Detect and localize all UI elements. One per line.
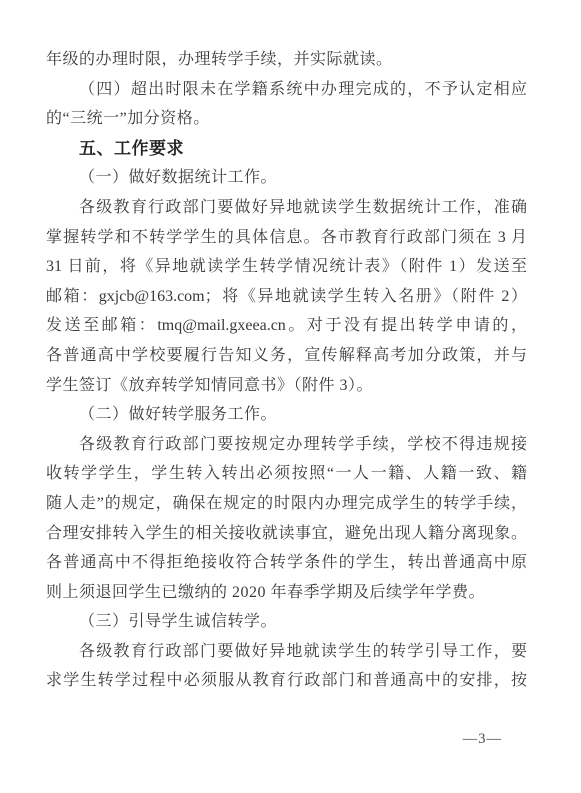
body-line: 学生签订《放弃转学知情同意书》（附件 3）。	[46, 371, 527, 401]
body-line: 掌握转学和不转学学生的具体信息。各市教育行政部门须在 3 月	[46, 223, 527, 253]
body-line: 各级教育行政部门要做好异地就读学生数据统计工作，准确	[46, 193, 527, 223]
body-line: 随人走”的规定，确保在规定的时限内办理完成学生的转学手续，	[46, 489, 527, 519]
page-number: —3—	[463, 731, 502, 748]
body-line: 合理安排转入学生的相关接收就读事宜，避免出现人籍分离现象。	[46, 519, 527, 549]
body-line: 则上须退回学生已缴纳的 2020 年春季学期及后续学年学费。	[46, 578, 527, 608]
document-page: 年级的办理时限，办理转学手续，并实际就读。 （四）超出时限未在学籍系统中办理完成…	[0, 0, 581, 793]
body-line: 的“三统一”加分资格。	[46, 104, 527, 134]
body-line: （二）做好转学服务工作。	[46, 400, 527, 430]
body-line: 31 日前，将《异地就读学生转学情况统计表》（附件 1）发送至	[46, 252, 527, 282]
body-line: 收转学学生，学生转入转出必须按照“一人一籍、人籍一致、籍	[46, 459, 527, 489]
section-heading: 五、工作要求	[46, 134, 527, 164]
body-line: 求学生转学过程中必须服从教育行政部门和普通高中的安排，按	[46, 666, 527, 696]
body-line: 各级教育行政部门要按规定办理转学手续，学校不得违规接	[46, 430, 527, 460]
body-line: 各普通高中学校要履行告知义务，宣传解释高考加分政策，并与	[46, 341, 527, 371]
body-line: 邮箱：gxjcb@163.com；将《异地就读学生转入名册》（附件 2）	[46, 282, 527, 312]
body-line: （三）引导学生诚信转学。	[46, 607, 527, 637]
body-line: 各普通高中不得拒绝接收符合转学条件的学生，转出普通高中原	[46, 548, 527, 578]
body-line: 发送至邮箱：tmq@mail.gxeea.cn。对于没有提出转学申请的，	[46, 311, 527, 341]
body-line: 年级的办理时限，办理转学手续，并实际就读。	[46, 45, 527, 75]
body-line: （四）超出时限未在学籍系统中办理完成的，不予认定相应	[46, 75, 527, 105]
document-body: 年级的办理时限，办理转学手续，并实际就读。 （四）超出时限未在学籍系统中办理完成…	[46, 45, 527, 696]
body-line: （一）做好数据统计工作。	[46, 163, 527, 193]
body-line: 各级教育行政部门要做好异地就读学生的转学引导工作，要	[46, 637, 527, 667]
